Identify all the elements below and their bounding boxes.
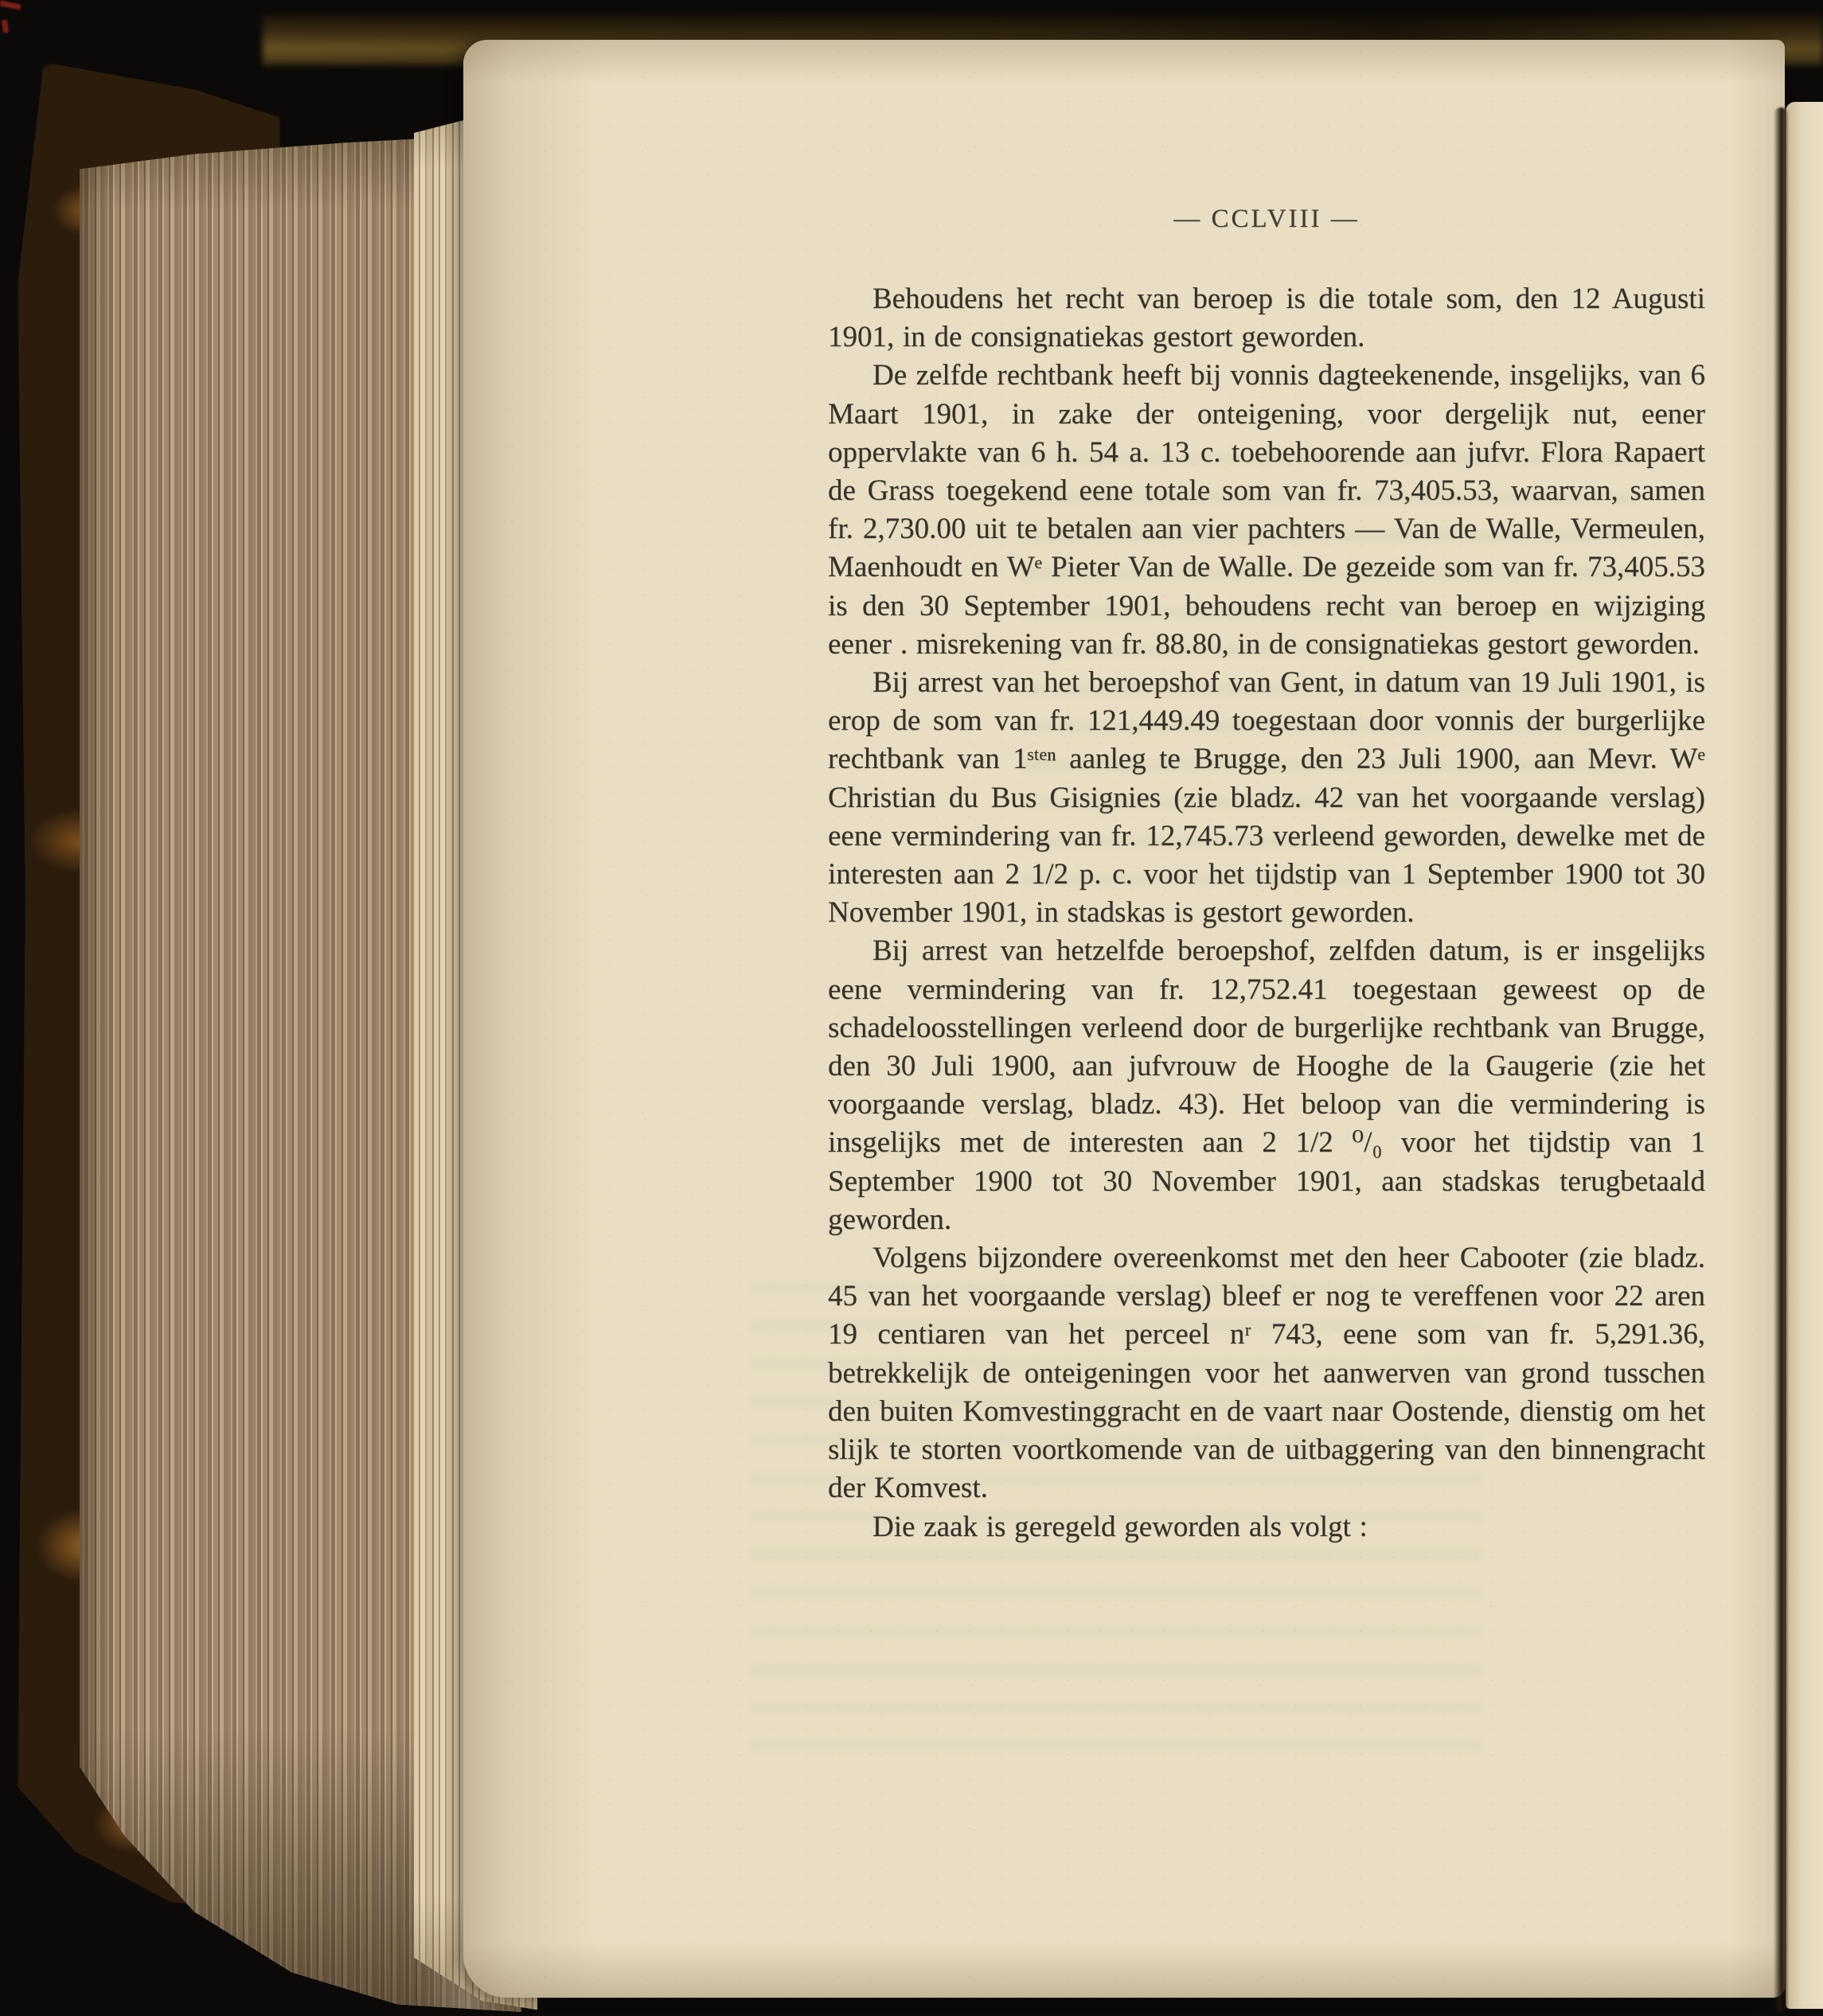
red-corner-mark (2, 20, 9, 33)
paragraph: Die zaak is geregeld geworden als volgt … (828, 1508, 1705, 1546)
paragraph: Bij arrest van het beroepshof van Gent, … (828, 664, 1705, 932)
paragraph: Behoudens het recht van beroep is die to… (828, 280, 1705, 357)
page-gutter-shadow (1774, 107, 1788, 2011)
page-number-header: — CCLVIII — (828, 201, 1705, 237)
scanned-book-photo: — CCLVIII — Behoudens het recht van bero… (0, 0, 1823, 2016)
paragraph: De zelfde rechtbank heeft bij vonnis dag… (828, 357, 1705, 664)
paragraph: Bij arrest van hetzelfde beroepshof, zel… (828, 932, 1705, 1239)
book-page: — CCLVIII — Behoudens het recht van bero… (463, 40, 1785, 1998)
paragraph: Volgens bijzondere overeenkomst met den … (828, 1239, 1705, 1507)
facing-page-sliver (1786, 102, 1823, 2009)
red-corner-mark (0, 0, 21, 10)
text-column: — CCLVIII — Behoudens het recht van bero… (828, 201, 1705, 1546)
